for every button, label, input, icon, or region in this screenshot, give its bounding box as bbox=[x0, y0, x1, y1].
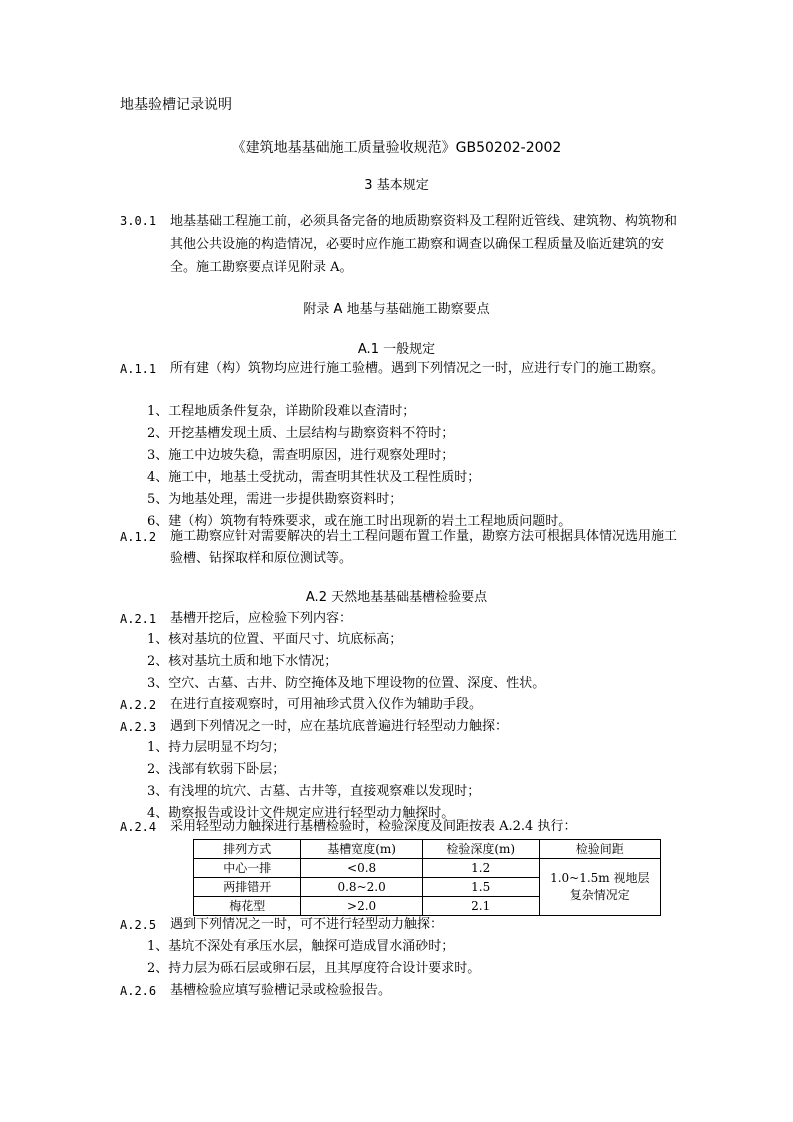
clause-a-2-6: A.2.6 基槽检验应填写验槽记录或检验报告。 bbox=[120, 980, 680, 1002]
clause-text: 采用轻型动力触探进行基槽检验时，检验深度及间距按表 A.2.4 执行： bbox=[120, 816, 680, 838]
list-item: 1、持力层明显不均匀； bbox=[147, 738, 285, 758]
list-item: 3、有浅埋的坑穴、古墓、古井等，直接观察难以发现时； bbox=[147, 782, 480, 802]
clause-label: A.2.1 bbox=[120, 608, 156, 630]
column-header: 检验间距 bbox=[539, 840, 660, 859]
list-item: 2、开挖基槽发现土质、土层结构与勘察资料不符时； bbox=[147, 424, 454, 444]
table-cell: >2.0 bbox=[301, 897, 422, 916]
clause-label: 3.0.1 bbox=[120, 210, 156, 233]
clause-label: A.2.3 bbox=[120, 716, 156, 738]
list-item: 5、为地基处理，需进一步提供勘察资料时； bbox=[147, 490, 402, 510]
clause-text: 在进行直接观察时，可用袖珍式贯入仪作为辅助手段。 bbox=[120, 694, 680, 716]
clause-text: 基槽开挖后，应检验下列内容： bbox=[120, 608, 680, 630]
clause-a-1-2: A.1.2 施工勘察应针对需要解决的岩土工程问题布置工作量，勘察方法可根据具体情… bbox=[120, 526, 680, 570]
column-header: 排列方式 bbox=[194, 840, 301, 859]
appendix-heading: 附录 A 地基与基础施工勘察要点 bbox=[0, 300, 793, 320]
clause-label: A.2.2 bbox=[120, 694, 156, 716]
clause-label: A.2.4 bbox=[120, 816, 156, 838]
clause-3-0-1: 3.0.1 地基基础工程施工前，必须具备完备的地质勘察资料及工程附近管线、建筑物… bbox=[120, 210, 680, 279]
chapter-heading: 3 基本规定 bbox=[0, 176, 793, 196]
list-item: 1、工程地质条件复杂，详勘阶段难以查清时； bbox=[147, 402, 415, 422]
clause-a-2-3: A.2.3 遇到下列情况之一时，应在基坑底普遍进行轻型动力触探： bbox=[120, 716, 680, 738]
section-a1-heading: A.1 一般规定 bbox=[0, 340, 793, 360]
table-header-row: 排列方式 基槽宽度(m) 检验深度(m) 检验间距 bbox=[194, 840, 661, 859]
column-header: 基槽宽度(m) bbox=[301, 840, 422, 859]
table-cell: 中心一排 bbox=[194, 859, 301, 878]
clause-label: A.2.6 bbox=[120, 980, 156, 1002]
clause-text: 遇到下列情况之一时，应在基坑底普遍进行轻型动力触探： bbox=[120, 716, 680, 738]
clause-a-1-1: A.1.1 所有建（构）筑物均应进行施工验槽。遇到下列情况之一时，应进行专门的施… bbox=[120, 358, 680, 380]
list-item: 2、浅部有软弱下卧层； bbox=[147, 760, 285, 780]
table-cell: 1.2 bbox=[422, 859, 539, 878]
table-cell: 两排错开 bbox=[194, 878, 301, 897]
clause-label: A.1.2 bbox=[120, 526, 156, 548]
list-item: 4、施工中，地基土受扰动，需查明其性状及工程性质时； bbox=[147, 468, 480, 488]
clause-a-2-1: A.2.1 基槽开挖后，应检验下列内容： bbox=[120, 608, 680, 630]
clause-text: 基槽检验应填写验槽记录或检验报告。 bbox=[120, 980, 680, 1002]
list-item: 2、核对基坑土质和地下水情况； bbox=[147, 652, 337, 672]
table-row: 中心一排 <0.8 1.2 1.0~1.5m 视地层复杂情况定 bbox=[194, 859, 661, 878]
table-cell: 1.5 bbox=[422, 878, 539, 897]
clause-label: A.2.5 bbox=[120, 914, 156, 936]
clause-label: A.1.1 bbox=[120, 358, 156, 380]
clause-text: 地基基础工程施工前，必须具备完备的地质勘察资料及工程附近管线、建筑物、构筑物和其… bbox=[120, 210, 680, 279]
column-header: 检验深度(m) bbox=[422, 840, 539, 859]
list-item: 2、持力层为砾石层或卵石层，且其厚度符合设计要求时。 bbox=[147, 959, 480, 979]
clause-a-2-2: A.2.2 在进行直接观察时，可用袖珍式贯入仪作为辅助手段。 bbox=[120, 694, 680, 716]
list-item: 3、空穴、古墓、古井、防空掩体及地下埋设物的位置、深度、性状。 bbox=[147, 674, 545, 694]
table-cell: 梅花型 bbox=[194, 897, 301, 916]
list-item: 3、施工中边坡失稳，需查明原因，进行观察处理时； bbox=[147, 446, 454, 466]
clause-text: 遇到下列情况之一时，可不进行轻型动力触探： bbox=[120, 914, 680, 936]
inspection-spacing-table: 排列方式 基槽宽度(m) 检验深度(m) 检验间距 中心一排 <0.8 1.2 … bbox=[193, 839, 661, 916]
table-cell: <0.8 bbox=[301, 859, 422, 878]
clause-text: 施工勘察应针对需要解决的岩土工程问题布置工作量，勘察方法可根据具体情况选用施工验… bbox=[120, 526, 680, 570]
list-item: 1、基坑不深处有承压水层，触探可造成冒水涌砂时； bbox=[147, 937, 454, 957]
document-title: 地基验槽记录说明 bbox=[120, 95, 232, 115]
table-cell: 2.1 bbox=[422, 897, 539, 916]
clause-text: 所有建（构）筑物均应进行施工验槽。遇到下列情况之一时，应进行专门的施工勘察。 bbox=[120, 358, 680, 380]
section-a2-heading: A.2 天然地基基础基槽检验要点 bbox=[0, 588, 793, 608]
list-item: 1、核对基坑的位置、平面尺寸、坑底标高； bbox=[147, 630, 402, 650]
standard-title: 《建筑地基基础施工质量验收规范》GB50202-2002 bbox=[0, 138, 793, 158]
clause-a-2-5: A.2.5 遇到下列情况之一时，可不进行轻型动力触探： bbox=[120, 914, 680, 936]
spacing-note-cell: 1.0~1.5m 视地层复杂情况定 bbox=[539, 859, 660, 916]
clause-a-2-4: A.2.4 采用轻型动力触探进行基槽检验时，检验深度及间距按表 A.2.4 执行… bbox=[120, 816, 680, 838]
table-cell: 0.8~2.0 bbox=[301, 878, 422, 897]
